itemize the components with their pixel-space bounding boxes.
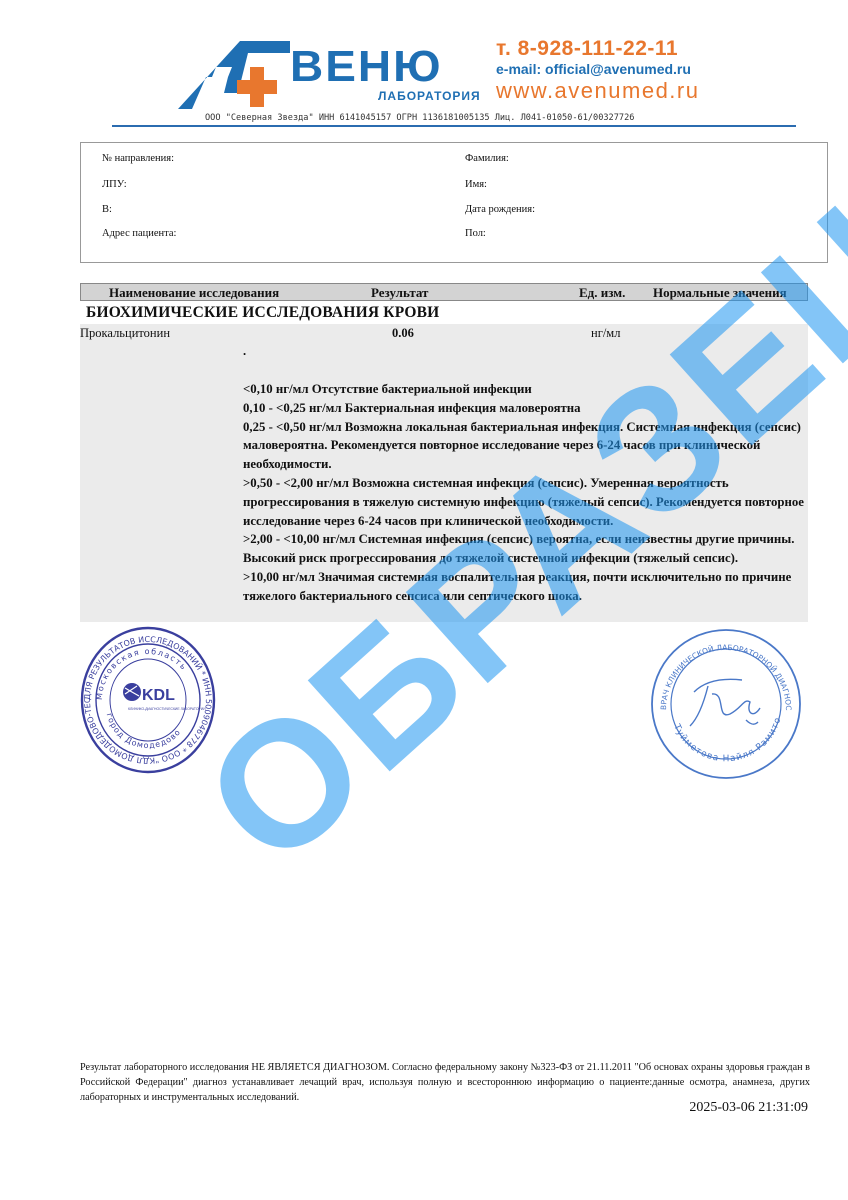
referral-label: № направления: xyxy=(102,153,174,164)
svg-text:КЛИНИКО-ДИАГНОСТИЧЕСКИЕ ЛАБОРА: КЛИНИКО-ДИАГНОСТИЧЕСКИЕ ЛАБОРАТОРИИ xyxy=(128,707,206,711)
lab-seal-stamp: ДЛЯ РЕЗУЛЬТАТОВ ИССЛЕДОВАНИЙ * ИНН 50090… xyxy=(80,622,216,778)
sex-label: Пол: xyxy=(465,228,486,239)
comment-line: >2,00 - <10,00 нг/мл Системная инфекция … xyxy=(243,530,809,568)
comment-line: >10,00 нг/мл Значимая системная воспалит… xyxy=(243,568,809,606)
print-timestamp: 2025-03-06 21:31:09 xyxy=(689,1100,808,1116)
company-requisites: ООО "Северная Звезда" ИНН 6141045157 ОГР… xyxy=(205,113,634,123)
section-title: БИОХИМИЧЕСКИЕ ИССЛЕДОВАНИЯ КРОВИ xyxy=(86,304,439,322)
col-unit: Ед. изм. xyxy=(579,285,625,301)
brand-name: ВЕНЮ xyxy=(290,40,443,91)
col-normal: Нормальные значения xyxy=(653,285,787,301)
avenu-logo: ВЕНЮ ЛАБОРАТОРИЯ xyxy=(178,37,508,115)
surname-label: Фамилия: xyxy=(465,153,509,164)
test-unit: нг/мл xyxy=(591,326,620,341)
comment-line: 0,25 - <0,50 нг/мл Возможна локальная ба… xyxy=(243,418,809,474)
logo-mark-icon xyxy=(178,37,298,115)
col-test-name: Наименование исследования xyxy=(109,285,279,301)
reference-comment: <0,10 нг/мл Отсутствие бактериальной инф… xyxy=(243,380,809,606)
kdl-logo: KDL xyxy=(142,687,175,704)
lpu-label: ЛПУ: xyxy=(102,179,127,190)
comment-line: >0,50 - <2,00 нг/мл Возможна системная и… xyxy=(243,474,809,530)
disclaimer: Результат лабораторного исследования НЕ … xyxy=(80,1060,810,1105)
email: e-mail: official@avenumed.ru xyxy=(496,61,816,78)
results-table-header: Наименование исследования Результат Ед. … xyxy=(80,283,808,301)
test-name: Прокальцитонин xyxy=(80,326,170,341)
comment-line: <0,10 нг/мл Отсутствие бактериальной инф… xyxy=(243,380,809,399)
v-label: В: xyxy=(102,204,112,215)
contacts: т. 8-928-111-22-11 e-mail: official@aven… xyxy=(496,37,816,103)
address-label: Адрес пациента: xyxy=(102,228,176,239)
doctor-seal-stamp: ВРАЧ КЛИНИЧЕСКОЙ ЛАБОРАТОРНОЙ ДИАГНОСТИК… xyxy=(646,622,806,782)
phone: т. 8-928-111-22-11 xyxy=(496,37,816,61)
letterhead: ВЕНЮ ЛАБОРАТОРИЯ т. 8-928-111-22-11 e-ma… xyxy=(110,25,810,135)
brand-subtitle: ЛАБОРАТОРИЯ xyxy=(378,89,481,103)
comment-line: 0,10 - <0,25 нг/мл Бактериальная инфекци… xyxy=(243,399,809,418)
birthdate-label: Дата рождения: xyxy=(465,204,535,215)
comment-dot: . xyxy=(243,344,246,359)
name-label: Имя: xyxy=(465,179,487,190)
patient-info-box: № направления: ЛПУ: В: Адрес пациента: Ф… xyxy=(80,142,828,263)
col-result: Результат xyxy=(371,285,428,301)
header-divider xyxy=(112,125,796,127)
test-result: 0.06 xyxy=(392,326,414,341)
signature-icon xyxy=(690,679,760,726)
website: www.avenumed.ru xyxy=(496,78,816,103)
